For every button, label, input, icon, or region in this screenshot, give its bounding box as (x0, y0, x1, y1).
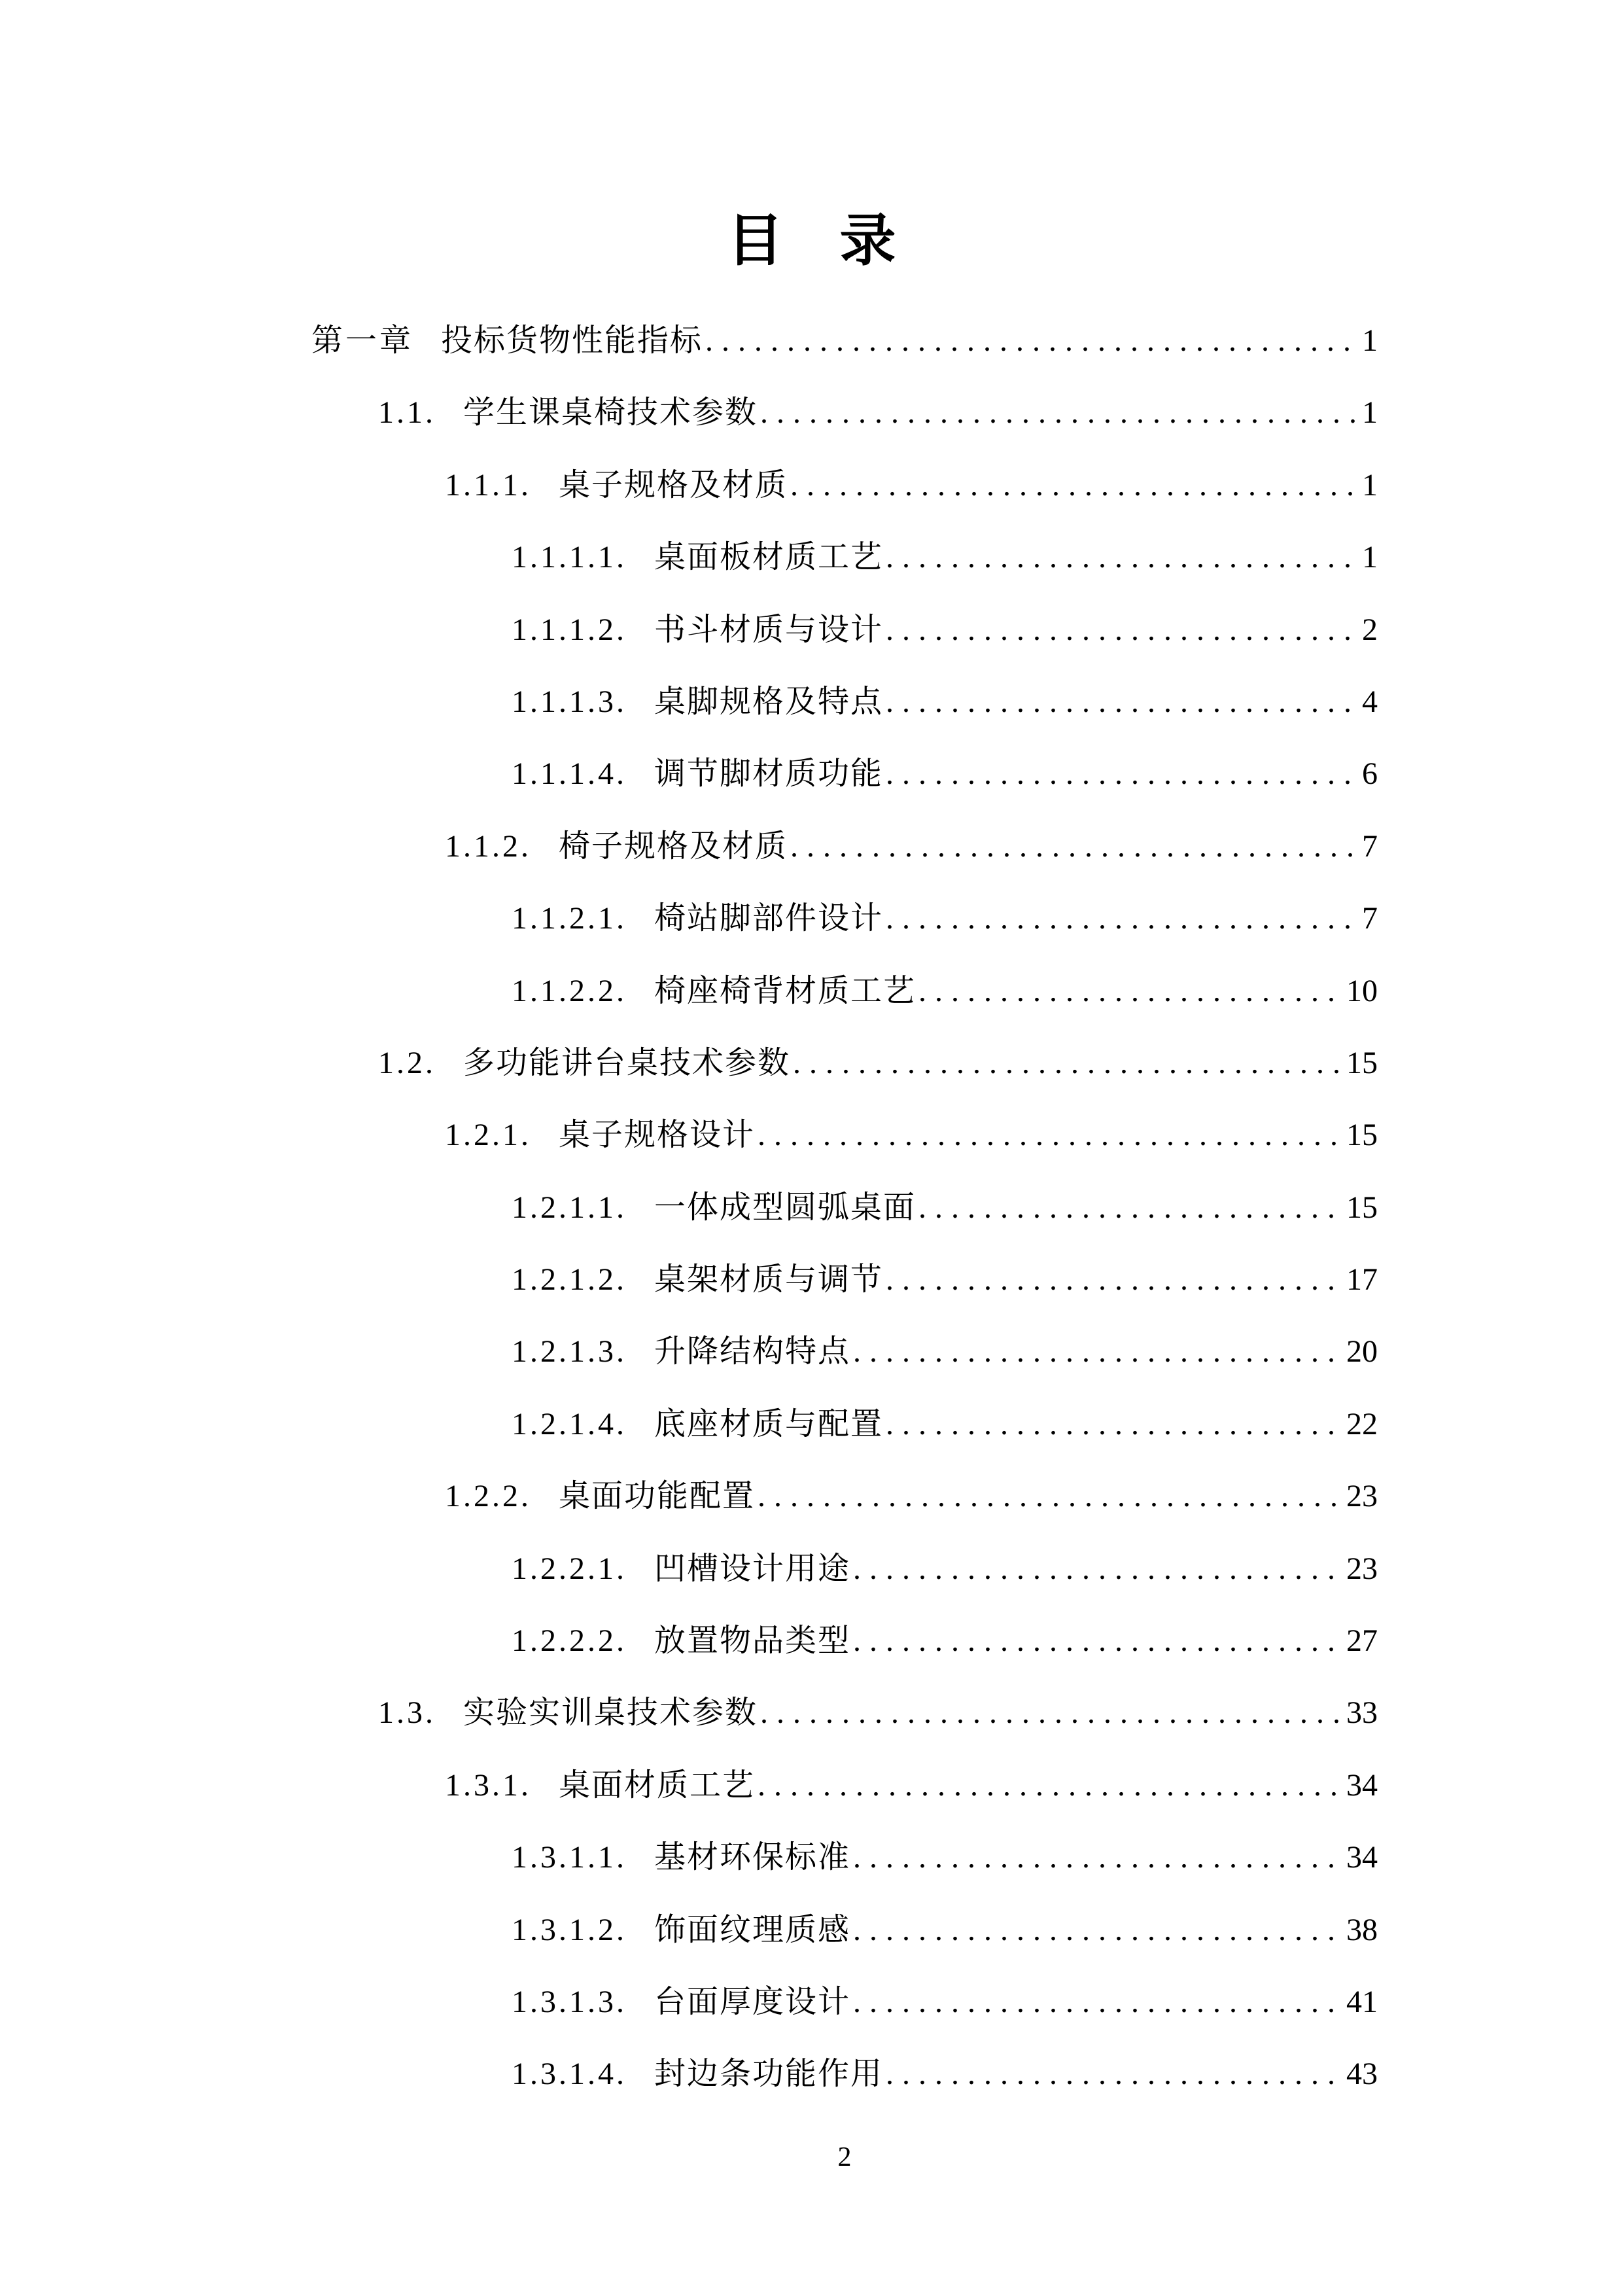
toc-entry-page: 1 (1362, 521, 1378, 593)
dot-leader: ........................................… (853, 1822, 1345, 1894)
toc-entry-title: 基材环保标准 (654, 1822, 850, 1894)
dot-leader: ........................................… (886, 521, 1361, 593)
toc-entry-number: 1.2. (378, 1027, 436, 1099)
toc-entry-page: 6 (1362, 738, 1378, 810)
toc-entry[interactable]: 1.2.2.2. 放置物品类型 ........................… (311, 1605, 1378, 1677)
toc-entry-page: 1 (1362, 377, 1378, 449)
toc-entry-page: 4 (1362, 666, 1378, 738)
toc-list: 第一章 投标货物性能指标 ...........................… (311, 305, 1378, 2111)
dot-leader: ........................................… (760, 1677, 1345, 1749)
toc-entry-number: 1.2.1.4. (512, 1388, 627, 1460)
toc-entry-title: 椅座椅背材质工艺 (654, 955, 916, 1027)
toc-entry-title: 放置物品类型 (654, 1605, 850, 1677)
toc-entry-title: 桌面材质工艺 (559, 1750, 755, 1822)
toc-entry-page: 22 (1346, 1388, 1378, 1460)
dot-leader: ........................................… (918, 955, 1345, 1027)
dot-leader: ........................................… (793, 1027, 1345, 1099)
toc-entry-page: 41 (1346, 1966, 1378, 2038)
toc-entry[interactable]: 1.1.1.2. 书斗材质与设计 .......................… (311, 594, 1378, 666)
toc-entry-number: 1.3.1.1. (512, 1822, 627, 1894)
toc-entry[interactable]: 1.3.1.1. 基材环保标准 ........................… (311, 1822, 1378, 1894)
toc-entry-number: 第一章 (311, 305, 413, 377)
toc-entry-page: 15 (1346, 1172, 1378, 1244)
toc-entry-page: 23 (1346, 1533, 1378, 1605)
toc-entry-number: 1.3. (378, 1677, 436, 1749)
dot-leader: ........................................… (758, 1750, 1345, 1822)
toc-entry[interactable]: 1.3. 实验实训桌技术参数 .........................… (311, 1677, 1378, 1749)
toc-entry-number: 1.2.2. (445, 1460, 531, 1532)
toc-entry-number: 1.3.1. (445, 1750, 531, 1822)
toc-entry-page: 1 (1362, 450, 1378, 521)
toc-entry-title: 调节脚材质功能 (654, 738, 883, 810)
dot-leader: ........................................… (918, 1172, 1345, 1244)
footer-page-number: 2 (311, 2141, 1378, 2174)
toc-entry-page: 23 (1346, 1460, 1378, 1532)
toc-entry[interactable]: 1.1.1.1. 桌面板材质工艺 .......................… (311, 521, 1378, 593)
dot-leader: ........................................… (853, 1966, 1345, 2038)
toc-entry[interactable]: 1.1.1.4. 调节脚材质功能 .......................… (311, 738, 1378, 810)
toc-entry-number: 1.3.1.4. (512, 2038, 627, 2110)
dot-leader: ........................................… (853, 1605, 1345, 1677)
toc-entry[interactable]: 1.3.1.4. 封边条功能作用 .......................… (311, 2038, 1378, 2110)
toc-entry-title: 桌子规格设计 (559, 1099, 755, 1171)
dot-leader: ........................................… (758, 1460, 1345, 1532)
toc-entry-title: 桌面板材质工艺 (654, 521, 883, 593)
toc-entry-page: 1 (1362, 305, 1378, 377)
toc-entry-title: 桌脚规格及特点 (654, 666, 883, 738)
toc-entry-page: 34 (1346, 1822, 1378, 1894)
dot-leader: ........................................… (886, 883, 1361, 955)
toc-entry-number: 1.1.1.4. (512, 738, 627, 810)
document-page: 目 录 第一章 投标货物性能指标 .......................… (0, 0, 1623, 2296)
dot-leader: ........................................… (853, 1894, 1345, 1966)
toc-entry[interactable]: 1.2.1.1. 一体成型圆弧桌面 ......................… (311, 1172, 1378, 1244)
toc-entry[interactable]: 1.2.2. 桌面功能配置 ..........................… (311, 1460, 1378, 1532)
toc-entry[interactable]: 1.2. 多功能讲台桌技术参数 ........................… (311, 1027, 1378, 1099)
toc-entry-title: 一体成型圆弧桌面 (654, 1172, 916, 1244)
dot-leader: ........................................… (886, 2038, 1345, 2110)
toc-entry[interactable]: 1.2.1.3. 升降结构特点 ........................… (311, 1316, 1378, 1388)
toc-entry-page: 17 (1346, 1244, 1378, 1316)
toc-entry-title: 桌架材质与调节 (654, 1244, 883, 1316)
toc-entry[interactable]: 1.3.1.3. 台面厚度设计 ........................… (311, 1966, 1378, 2038)
toc-entry-page: 34 (1346, 1750, 1378, 1822)
toc-entry[interactable]: 1.2.1.2. 桌架材质与调节 .......................… (311, 1244, 1378, 1316)
toc-entry-title: 投标货物性能指标 (441, 305, 703, 377)
toc-entry-number: 1.3.1.3. (512, 1966, 627, 2038)
toc-entry-page: 15 (1346, 1027, 1378, 1099)
toc-entry-number: 1.1.2.1. (512, 883, 627, 955)
toc-entry-page: 15 (1346, 1099, 1378, 1171)
toc-entry-number: 1.2.1.2. (512, 1244, 627, 1316)
toc-entry-title: 多功能讲台桌技术参数 (463, 1027, 790, 1099)
toc-entry-title: 椅子规格及材质 (559, 811, 788, 883)
toc-entry[interactable]: 1.1.1. 桌子规格及材质 .........................… (311, 450, 1378, 521)
toc-entry-number: 1.2.1. (445, 1099, 531, 1171)
toc-entry[interactable]: 1.2.1.4. 底座材质与配置 .......................… (311, 1388, 1378, 1460)
dot-leader: ........................................… (886, 1388, 1345, 1460)
dot-leader: ........................................… (790, 811, 1361, 883)
toc-entry-title: 书斗材质与设计 (654, 594, 883, 666)
toc-entry-number: 1.2.2.1. (512, 1533, 627, 1605)
toc-entry-number: 1.2.1.3. (512, 1316, 627, 1388)
toc-entry-number: 1.1.2. (445, 811, 531, 883)
toc-entry[interactable]: 1.3.1. 桌面材质工艺 ..........................… (311, 1750, 1378, 1822)
toc-entry-number: 1.1.1. (445, 450, 531, 521)
dot-leader: ........................................… (853, 1316, 1345, 1388)
toc-entry-number: 1.1.1.2. (512, 594, 627, 666)
dot-leader: ........................................… (790, 450, 1361, 521)
toc-entry-number: 1.1.1.1. (512, 521, 627, 593)
toc-entry-title: 台面厚度设计 (654, 1966, 850, 2038)
toc-entry-title: 学生课桌椅技术参数 (463, 377, 758, 449)
toc-entry[interactable]: 1.2.2.1. 凹槽设计用途 ........................… (311, 1533, 1378, 1605)
dot-leader: ........................................… (886, 666, 1361, 738)
toc-entry-title: 升降结构特点 (654, 1316, 850, 1388)
toc-entry-page: 38 (1346, 1894, 1378, 1966)
toc-entry[interactable]: 1.1.2.2. 椅座椅背材质工艺 ......................… (311, 955, 1378, 1027)
toc-entry-page: 43 (1346, 2038, 1378, 2110)
toc-entry-page: 20 (1346, 1316, 1378, 1388)
dot-leader: ........................................… (758, 1099, 1345, 1171)
toc-entry-title: 桌面功能配置 (559, 1460, 755, 1532)
dot-leader: ........................................… (853, 1533, 1345, 1605)
dot-leader: ........................................… (886, 1244, 1345, 1316)
toc-entry-number: 1.2.1.1. (512, 1172, 627, 1244)
toc-entry-page: 33 (1346, 1677, 1378, 1749)
toc-entry-title: 封边条功能作用 (654, 2038, 883, 2110)
toc-entry-title: 饰面纹理质感 (654, 1894, 850, 1966)
toc-entry-page: 27 (1346, 1605, 1378, 1677)
toc-entry-number: 1.2.2.2. (512, 1605, 627, 1677)
dot-leader: ........................................… (760, 377, 1361, 449)
dot-leader: ........................................… (886, 738, 1361, 810)
toc-entry[interactable]: 1.1.2. 椅子规格及材质 .........................… (311, 811, 1378, 883)
toc-entry-title: 实验实训桌技术参数 (463, 1677, 758, 1749)
toc-entry[interactable]: 第一章 投标货物性能指标 ...........................… (311, 305, 1378, 377)
toc-entry[interactable]: 1.3.1.2. 饰面纹理质感 ........................… (311, 1894, 1378, 1966)
toc-entry-title: 椅站脚部件设计 (654, 883, 883, 955)
page-title: 目 录 (0, 208, 1623, 274)
toc-entry-title: 桌子规格及材质 (559, 450, 788, 521)
dot-leader: ........................................… (705, 305, 1361, 377)
toc-entry-page: 7 (1362, 883, 1378, 955)
toc-entry-number: 1.1.1.3. (512, 666, 627, 738)
toc-entry-page: 2 (1362, 594, 1378, 666)
toc-entry[interactable]: 1.1.1.3. 桌脚规格及特点 .......................… (311, 666, 1378, 738)
toc-entry-page: 7 (1362, 811, 1378, 883)
toc-entry-title: 凹槽设计用途 (654, 1533, 850, 1605)
dot-leader: ........................................… (886, 594, 1361, 666)
toc-entry-title: 底座材质与配置 (654, 1388, 883, 1460)
toc-entry[interactable]: 1.2.1. 桌子规格设计 ..........................… (311, 1099, 1378, 1171)
toc-entry[interactable]: 1.1. 学生课桌椅技术参数 .........................… (311, 377, 1378, 449)
toc-entry-page: 10 (1346, 955, 1378, 1027)
toc-entry-number: 1.3.1.2. (512, 1894, 627, 1966)
toc-entry[interactable]: 1.1.2.1. 椅站脚部件设计 .......................… (311, 883, 1378, 955)
toc-entry-number: 1.1. (378, 377, 436, 449)
toc-entry-number: 1.1.2.2. (512, 955, 627, 1027)
